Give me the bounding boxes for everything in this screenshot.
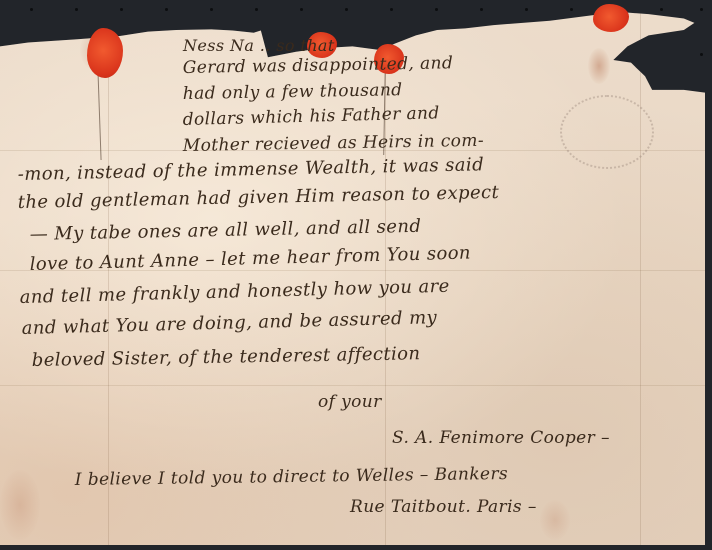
background-dot (165, 8, 168, 11)
background-dot (570, 8, 573, 11)
background-dot (390, 8, 393, 11)
background-dot (300, 8, 303, 11)
background-dot (525, 8, 528, 11)
background-dot (30, 8, 33, 11)
stain (0, 470, 40, 540)
tear-crease (97, 70, 101, 160)
background-dot (480, 8, 483, 11)
background-dot (75, 8, 78, 11)
letter-line: had only a few thousand (183, 80, 403, 104)
background-dot (700, 8, 703, 11)
document-viewer: Ness Na .. so that Gerard was disappoint… (0, 0, 712, 550)
letter-closing: of your (318, 392, 382, 412)
stain (540, 500, 570, 540)
background-dot (660, 8, 663, 11)
background-dot (210, 8, 213, 11)
fold-line (0, 385, 705, 386)
postmark-stamp (560, 95, 654, 169)
background-dot (120, 8, 123, 11)
letter-line: Ness Na .. so that (183, 36, 335, 55)
letter-signature: S. A. Fenimore Cooper – (392, 428, 610, 448)
fold-line (640, 0, 641, 545)
background-dot (345, 8, 348, 11)
background-dot (700, 53, 703, 56)
background-dot (255, 8, 258, 11)
stain (588, 48, 610, 84)
background-dot (435, 8, 438, 11)
postscript-line: Rue Taitbout. Paris – (350, 497, 537, 517)
